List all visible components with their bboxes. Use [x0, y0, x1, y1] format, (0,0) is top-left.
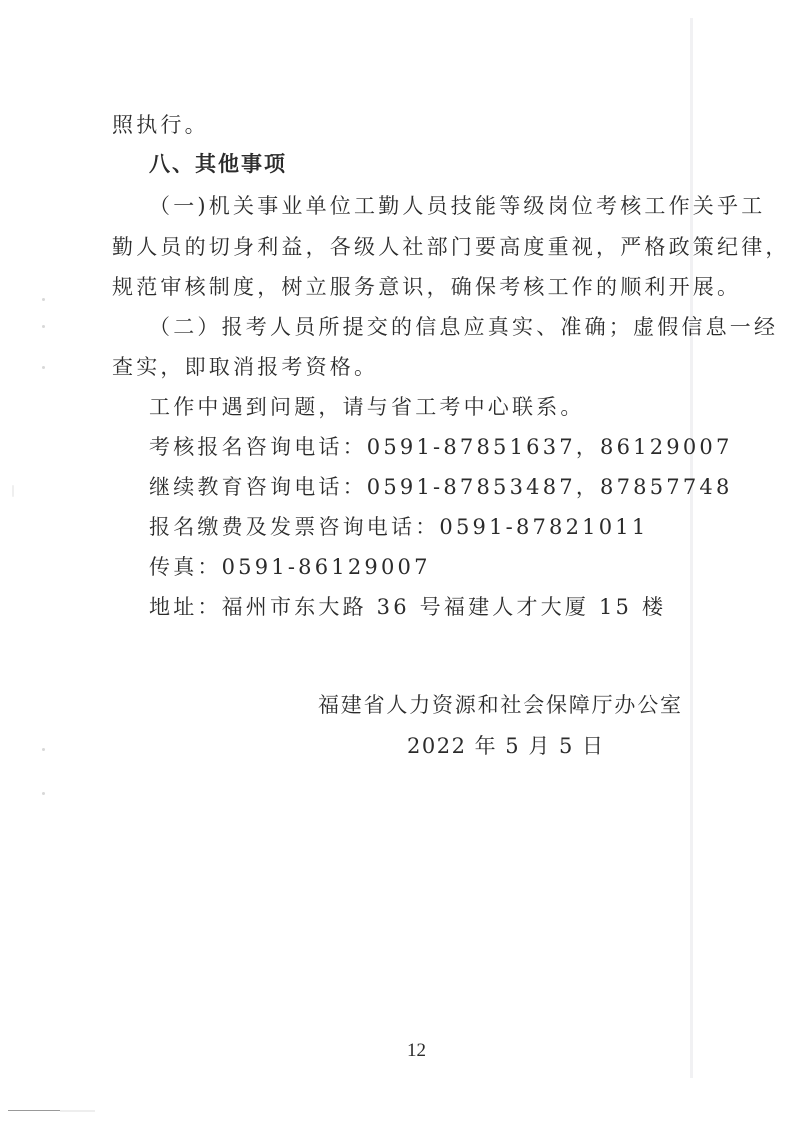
page-number: 12 — [407, 1040, 426, 1062]
continuing-education-phone: 继续教育咨询电话：0591-87853487，87857748 — [149, 474, 733, 500]
contact-intro: 工作中遇到问题，请与省工考中心联系。 — [149, 394, 585, 420]
signature-date: 2022 年 5 月 5 日 — [407, 733, 605, 759]
address: 地址：福州市东大路 36 号福建人才大厦 15 楼 — [149, 594, 666, 620]
signature-organization: 福建省人力资源和社会保障厅办公室 — [318, 692, 683, 718]
footer-rule-faint — [60, 1110, 95, 1112]
item-one-line-1: （一)机关事业单位工勤人员技能等级岗位考核工作关乎工 — [149, 193, 765, 219]
scan-speck — [42, 748, 45, 751]
footer-rule — [8, 1110, 63, 1111]
scan-speck — [42, 366, 45, 369]
item-one-line-3: 规范审核制度，树立服务意识，确保考核工作的顺利开展。 — [112, 274, 741, 300]
payment-invoice-phone: 报名缴费及发票咨询电话：0591-87821011 — [149, 514, 648, 540]
document-page: 照执行。 八、其他事项 （一)机关事业单位工勤人员技能等级岗位考核工作关乎工 勤… — [0, 0, 797, 1125]
item-one-line-2: 勤人员的切身利益，各级人社部门要高度重视，严格政策纪律， — [112, 234, 790, 260]
scan-speck — [42, 792, 45, 795]
fax-number: 传真：0591-86129007 — [149, 554, 431, 580]
scan-speck — [12, 485, 14, 497]
scan-edge-line — [690, 18, 693, 1078]
section-heading: 八、其他事项 — [149, 151, 287, 177]
item-two-line-1: （二）报考人员所提交的信息应真实、准确；虚假信息一经 — [149, 314, 778, 340]
exam-registration-phone: 考核报名咨询电话：0591-87851637，86129007 — [149, 434, 733, 460]
scan-speck — [42, 325, 45, 328]
paragraph-continuation: 照执行。 — [112, 112, 209, 138]
item-two-line-2: 查实，即取消报考资格。 — [112, 354, 378, 380]
scan-speck — [42, 298, 45, 301]
